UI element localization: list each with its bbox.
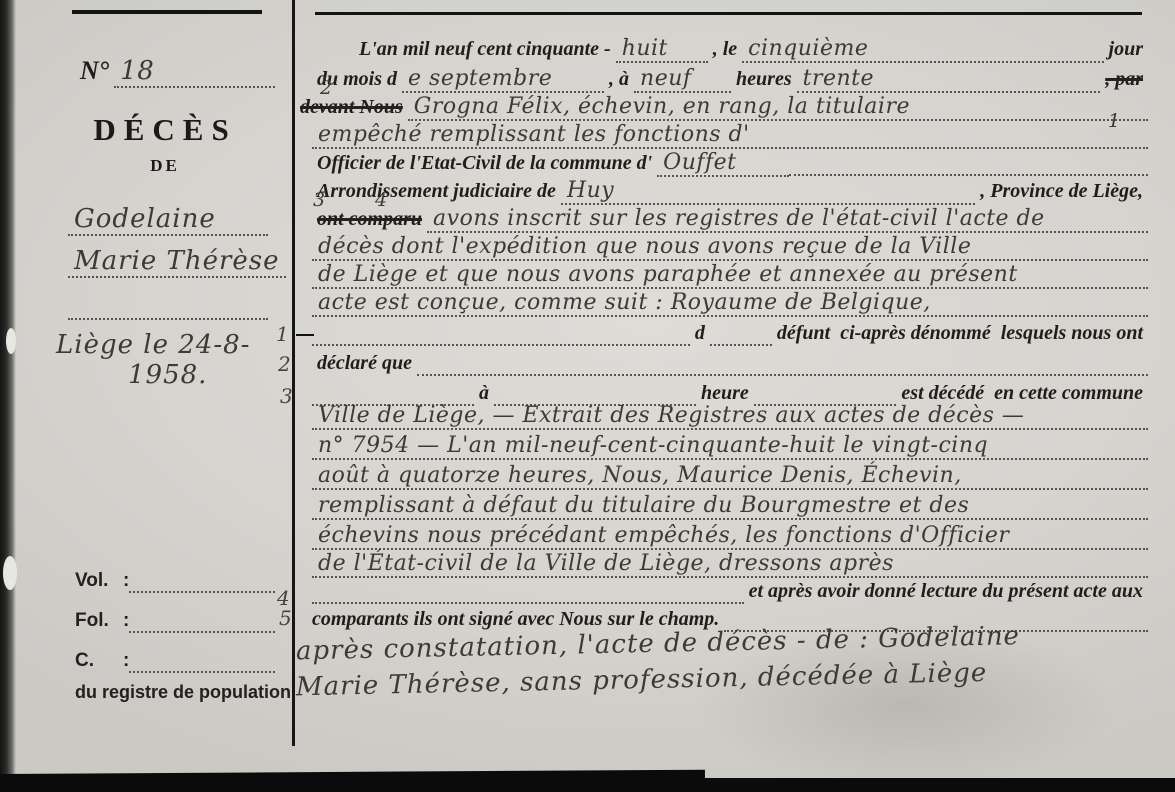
- printed-segment: jour: [1109, 38, 1143, 61]
- printed-segment: Officier de l'Etat-Civil de la commune d…: [317, 152, 652, 175]
- act-line-2: du mois d e septembre , à neuf heures tr…: [312, 66, 1148, 96]
- act-line-6: Arrondissement judiciaire de Huy , Provi…: [312, 178, 1148, 208]
- printed-segment: heures: [736, 68, 792, 91]
- printed-segment: et après avoir donné lecture du présent …: [749, 580, 1143, 603]
- c-value-line: [129, 653, 275, 673]
- margin-top-rule: [72, 10, 262, 14]
- death-certificate-scan: N° 18 DÉCÈS DE Godelaine Marie Thérèse L…: [0, 0, 1175, 792]
- vol-value-line: [129, 573, 275, 593]
- printed-segment: est décédé: [901, 382, 984, 405]
- correction-number-4: 4: [375, 189, 387, 211]
- printed-segment: d: [695, 322, 705, 345]
- act-line-1: L'an mil neuf cent cinquante - huit , le…: [312, 36, 1148, 66]
- hw-extract-2: n° 7954 — L'an mil-neuf-cent-cinquante-h…: [312, 433, 1148, 460]
- empty-fill: [312, 326, 690, 346]
- act-line-18: échevins nous précédant empêchés, les fo…: [312, 523, 1148, 553]
- hw-commune: Ouffet: [657, 150, 789, 177]
- scan-edge-bar: [0, 778, 1175, 792]
- fol-value-line: [129, 613, 275, 633]
- vol-row: Vol. :: [75, 570, 275, 593]
- printed-segment: lesquels nous ont: [1001, 322, 1143, 345]
- act-number-label: N°: [80, 56, 109, 86]
- correction-number-2: 2: [320, 77, 332, 99]
- act-line-17: remplissant à défaut du titulaire du Bou…: [312, 493, 1148, 523]
- hw-hour: neuf: [634, 66, 731, 93]
- printed-segment: Arrondissement judiciaire de: [317, 180, 556, 203]
- margin-place-date: Liège le 24-8-: [56, 330, 250, 360]
- act-line-15: n° 7954 — L'an mil-neuf-cent-cinquante-h…: [312, 433, 1148, 463]
- act-number-row: N° 18: [75, 56, 275, 88]
- struck-ont-comparu: ont comparu 3 4: [317, 208, 422, 231]
- printed-segment: heure: [701, 382, 749, 405]
- printed-segment: en cette commune: [994, 382, 1143, 405]
- hw-officiant: Grogna Félix, échevin, en rang, la titul…: [408, 94, 1148, 121]
- act-line-19: de l'État-civil de la Ville de Liège, dr…: [312, 551, 1148, 581]
- empty-fill: [312, 584, 744, 604]
- hw-extract-1: Ville de Liège, — Extrait des Registres …: [312, 403, 1148, 430]
- hw-extract-5: échevins nous précédant empêchés, les fo…: [312, 523, 1148, 550]
- deceased-name-row-1: Godelaine: [68, 204, 268, 236]
- book-binding-edge: [0, 0, 16, 792]
- act-line-20: et après avoir donné lecture du présent …: [312, 580, 1148, 610]
- printed-segment: déclaré que: [317, 352, 412, 375]
- printed-segment: à: [479, 382, 489, 405]
- hw-year: huit: [616, 36, 708, 63]
- act-line-9: de Liège et que nous avons paraphée et a…: [312, 262, 1148, 292]
- act-line-16: août à quatorze heures, Nous, Maurice De…: [312, 463, 1148, 493]
- act-line-5: Officier de l'Etat-Civil de la commune d…: [312, 150, 1148, 180]
- printed-segment: défunt: [777, 322, 830, 345]
- correction-number-3: 3: [313, 189, 325, 211]
- fol-row: Fol. :: [75, 610, 275, 633]
- hw-extract-4: remplissant à défaut du titulaire du Bou…: [312, 493, 1148, 520]
- fol-label: Fol.: [75, 610, 123, 632]
- act-line-10: acte est conçue, comme suit : Royaume de…: [312, 290, 1148, 320]
- hw-closing-2: Marie Thérèse, sans profession, décédée …: [296, 658, 988, 702]
- printed-segment: , le: [713, 38, 737, 61]
- column-divider-rule: [292, 0, 295, 746]
- hw-transcription-3: de Liège et que nous avons paraphée et a…: [312, 262, 1148, 289]
- hw-day-ordinal: cinquième: [742, 36, 1103, 63]
- act-line-12: déclaré que: [312, 352, 1148, 382]
- margin-number-5: 5: [279, 606, 292, 630]
- registre-label: du registre de population: [75, 682, 291, 703]
- margin-number-2: 2: [278, 352, 291, 376]
- c-row: C. :: [75, 650, 275, 673]
- deceased-surname: Godelaine: [68, 204, 268, 236]
- act-line-3: devant Nous 2 Grogna Félix, échevin, en …: [312, 94, 1148, 124]
- margin-number-3: 3: [280, 384, 293, 408]
- act-line-4: empêché remplissant les fonctions d': [312, 122, 1148, 152]
- empty-dotted-line: [68, 292, 268, 320]
- main-top-rule: [315, 12, 1142, 15]
- printed-segment: , à: [609, 68, 629, 91]
- binding-mark: [3, 556, 17, 590]
- c-label: C.: [75, 650, 123, 672]
- deces-title: DÉCÈS: [40, 112, 290, 148]
- empty-fill: [417, 356, 1148, 376]
- act-line-11: d défunt ci-après dénommé lesquels nous …: [312, 322, 1148, 352]
- printed-segment: comparants ils ont signé avec Nous sur l…: [312, 608, 719, 631]
- struck-par: , par: [1105, 68, 1143, 91]
- deceased-name-row-2: Marie Thérèse: [68, 246, 278, 278]
- empty-fill: [789, 156, 1148, 176]
- hw-transcription-4: acte est conçue, comme suit : Royaume de…: [312, 290, 1148, 317]
- hw-extract-6: de l'État-civil de la Ville de Liège, dr…: [312, 551, 1148, 578]
- vol-label: Vol.: [75, 570, 123, 592]
- act-line-8: décès dont l'expédition que nous avons r…: [312, 234, 1148, 264]
- hw-extract-3: août à quatorze heures, Nous, Maurice De…: [312, 463, 1148, 490]
- deceased-firstnames: Marie Thérèse: [68, 246, 286, 278]
- de-label: DE: [40, 156, 290, 176]
- hw-transcription-2: décès dont l'expédition que nous avons r…: [312, 234, 1148, 261]
- binding-mark: [6, 328, 16, 354]
- act-number-value: 18: [114, 56, 275, 88]
- printed-segment: ci-après dénommé: [840, 322, 991, 345]
- act-line-14: Ville de Liège, — Extrait des Registres …: [312, 403, 1148, 433]
- hw-officiant-cont: empêché remplissant les fonctions d': [312, 122, 1148, 149]
- hw-arrondissement: Huy: [561, 178, 975, 205]
- act-line-7: ont comparu 3 4 avons inscrit sur les re…: [312, 206, 1148, 236]
- empty-fill: [710, 326, 772, 346]
- printed-segment: L'an mil neuf cent cinquante -: [359, 38, 611, 61]
- hw-transcription-1: avons inscrit sur les registres de l'éta…: [427, 206, 1148, 233]
- printed-segment: , Province de Liège,: [980, 180, 1143, 203]
- struck-devant-nous: devant Nous 2: [300, 96, 403, 119]
- margin-year: 1958.: [128, 360, 207, 390]
- hw-minutes: trente: [797, 66, 1101, 93]
- margin-number-1: 1: [276, 322, 289, 346]
- hw-month: e septembre: [402, 66, 604, 93]
